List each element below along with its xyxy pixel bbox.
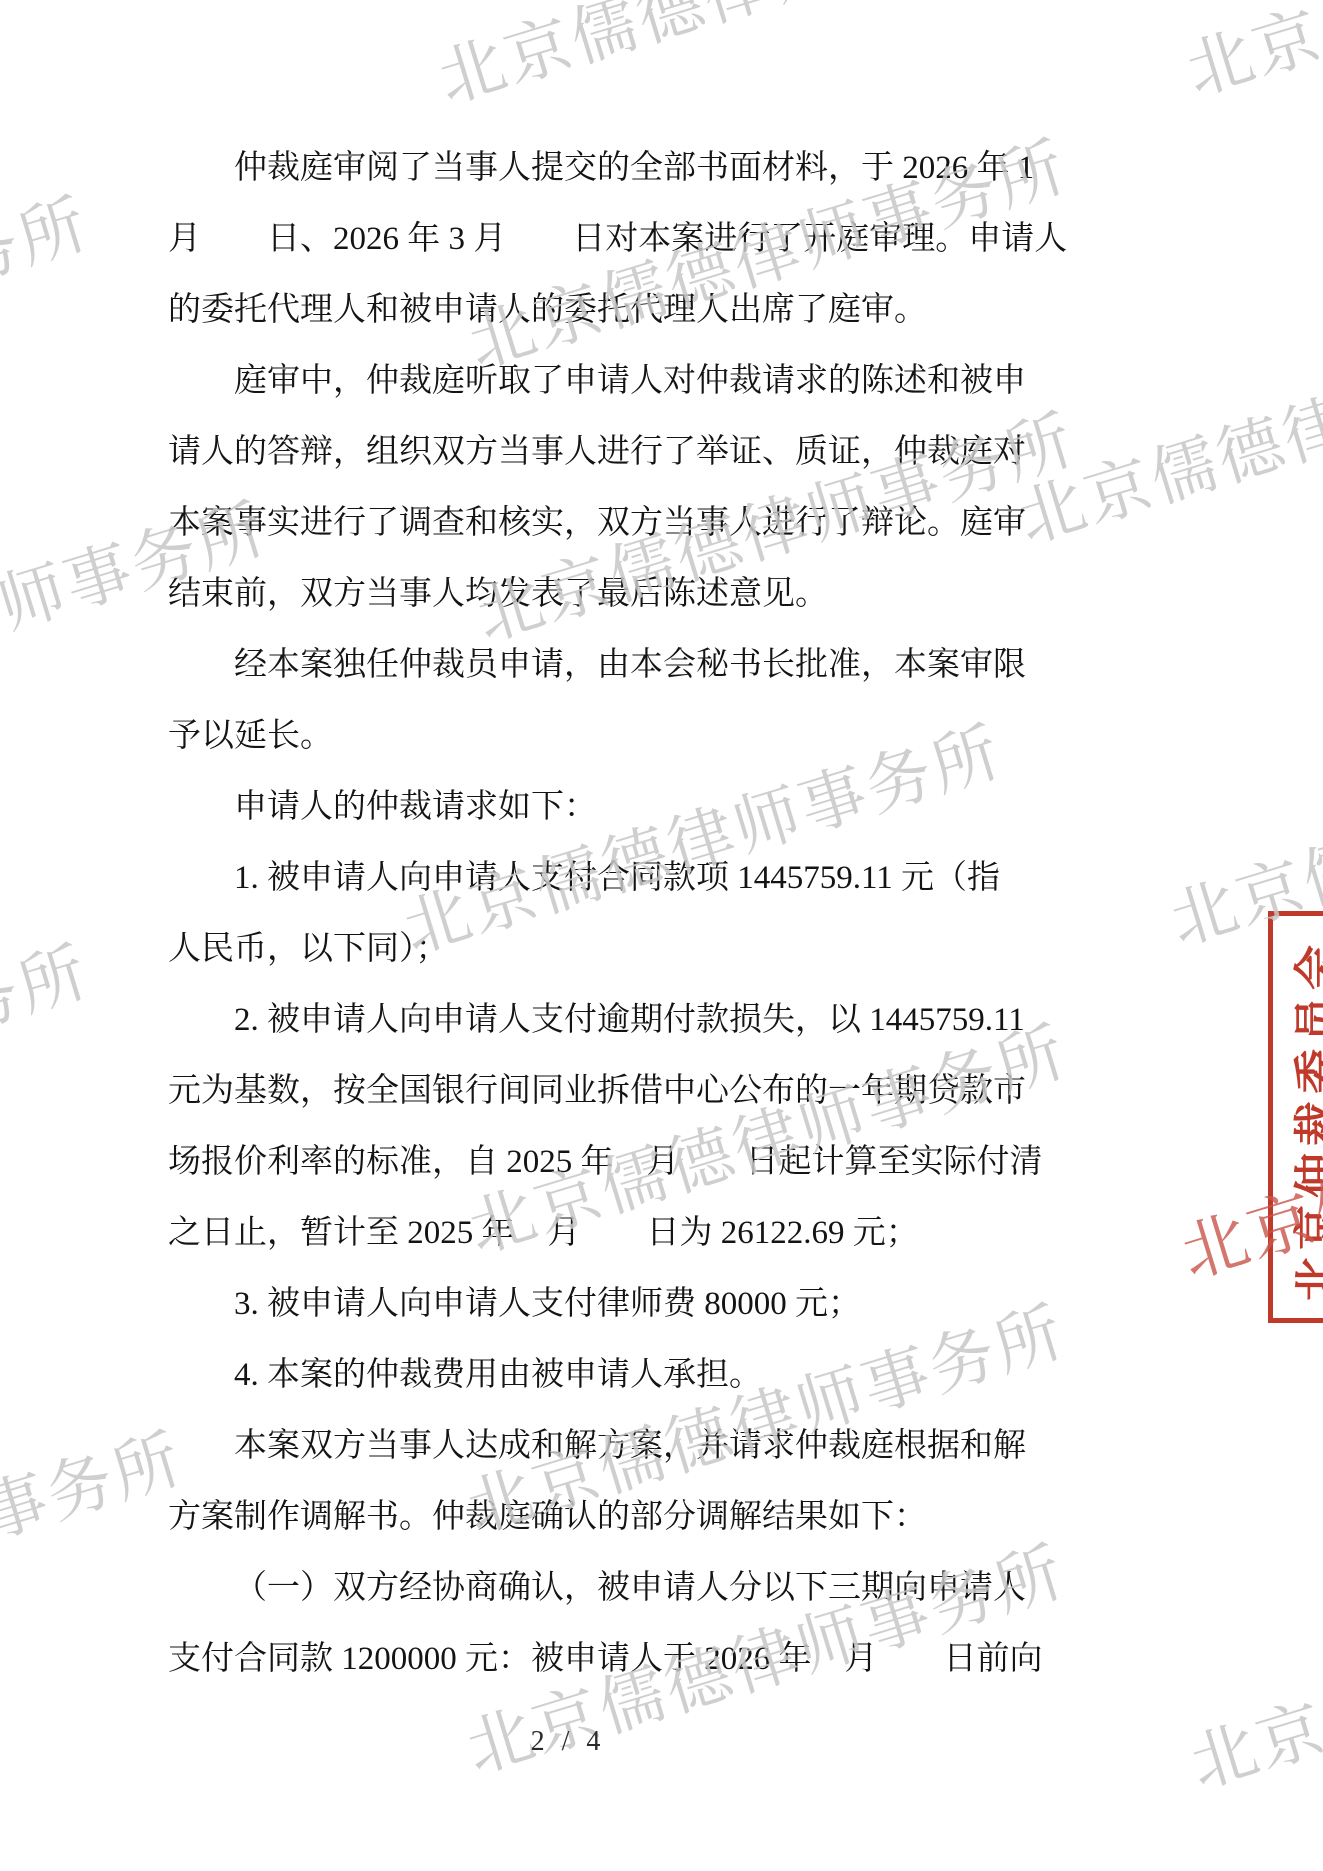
document-line: 元为基数，按全国银行间同业拆借中心公布的一年期贷款市 bbox=[168, 1056, 968, 1127]
document-line: 人民币，以下同）； bbox=[168, 914, 968, 985]
document-line: 予以延长。 bbox=[168, 701, 968, 772]
document-line: 3. 被申请人向申请人支付律师费 80000 元； bbox=[168, 1269, 968, 1340]
document-line: 2. 被申请人向申请人支付逾期付款损失，以 1445759.11 bbox=[168, 985, 968, 1056]
document-line: 经本案独任仲裁员申请，由本会秘书长批准，本案审限 bbox=[168, 630, 968, 701]
page-number: 2 / 4 bbox=[168, 1726, 968, 1758]
document-line: 申请人的仲裁请求如下： bbox=[168, 772, 968, 843]
document-line: 的委托代理人和被申请人的委托代理人出席了庭审。 bbox=[168, 275, 968, 346]
document-line: 结束前，双方当事人均发表了最后陈述意见。 bbox=[168, 559, 968, 630]
document-line: 本案双方当事人达成和解方案，并请求仲裁庭根据和解 bbox=[168, 1411, 968, 1482]
document-line: 本案事实进行了调查和核实，双方当事人进行了辩论。庭审 bbox=[168, 488, 968, 559]
document-line: 4. 本案的仲裁费用由被申请人承担。 bbox=[168, 1340, 968, 1411]
document-line: 月 日、2026 年 3 月 日对本案进行了开庭审理。申请人 bbox=[168, 204, 968, 275]
watermark-text: 北京儒德律师事务所 bbox=[0, 170, 99, 442]
document-line: （一）双方经协商确认，被申请人分以下三期向申请人 bbox=[168, 1553, 968, 1624]
watermark-text: 北京儒德律师事务所 bbox=[1177, 1533, 1323, 1805]
document-line: 庭审中，仲裁庭听取了申请人对仲裁请求的陈述和被申 bbox=[168, 346, 968, 417]
document-line: 场报价利率的标准，自 2025 年 月 日起计算至实际付清 bbox=[168, 1127, 968, 1198]
document-line: 仲裁庭审阅了当事人提交的全部书面材料，于 2026 年 1 bbox=[168, 133, 968, 204]
watermark-text: 北京儒德律师事务所 bbox=[0, 1405, 193, 1677]
watermark-text: 北京儒德律师事务所 bbox=[1173, 0, 1323, 113]
document-page: 仲裁庭审阅了当事人提交的全部书面材料，于 2026 年 1月 日、2026 年 … bbox=[0, 0, 1323, 1871]
document-body: 仲裁庭审阅了当事人提交的全部书面材料，于 2026 年 1月 日、2026 年 … bbox=[168, 133, 968, 1695]
document-line: 请人的答辩，组织双方当事人进行了举证、质证，仲裁庭对 bbox=[168, 417, 968, 488]
watermark-text: 北京儒德律师事务所 bbox=[1005, 288, 1323, 560]
document-line: 支付合同款 1200000 元：被申请人于 2026 年 月 日前向 bbox=[168, 1624, 968, 1695]
watermark-text: 北京儒德律师事务所 bbox=[0, 918, 99, 1190]
document-line: 方案制作调解书。仲裁庭确认的部分调解结果如下： bbox=[168, 1482, 968, 1553]
document-line: 之日止，暂计至 2025 年 月 日为 26122.69 元； bbox=[168, 1198, 968, 1269]
document-line: 1. 被申请人向申请人支付合同款项 1445759.11 元（指 bbox=[168, 843, 968, 914]
watermark-text: 北京儒德律师事务所 bbox=[425, 0, 1047, 121]
arbitration-commission-stamp: 北京仲裁委员会 bbox=[1268, 911, 1323, 1323]
